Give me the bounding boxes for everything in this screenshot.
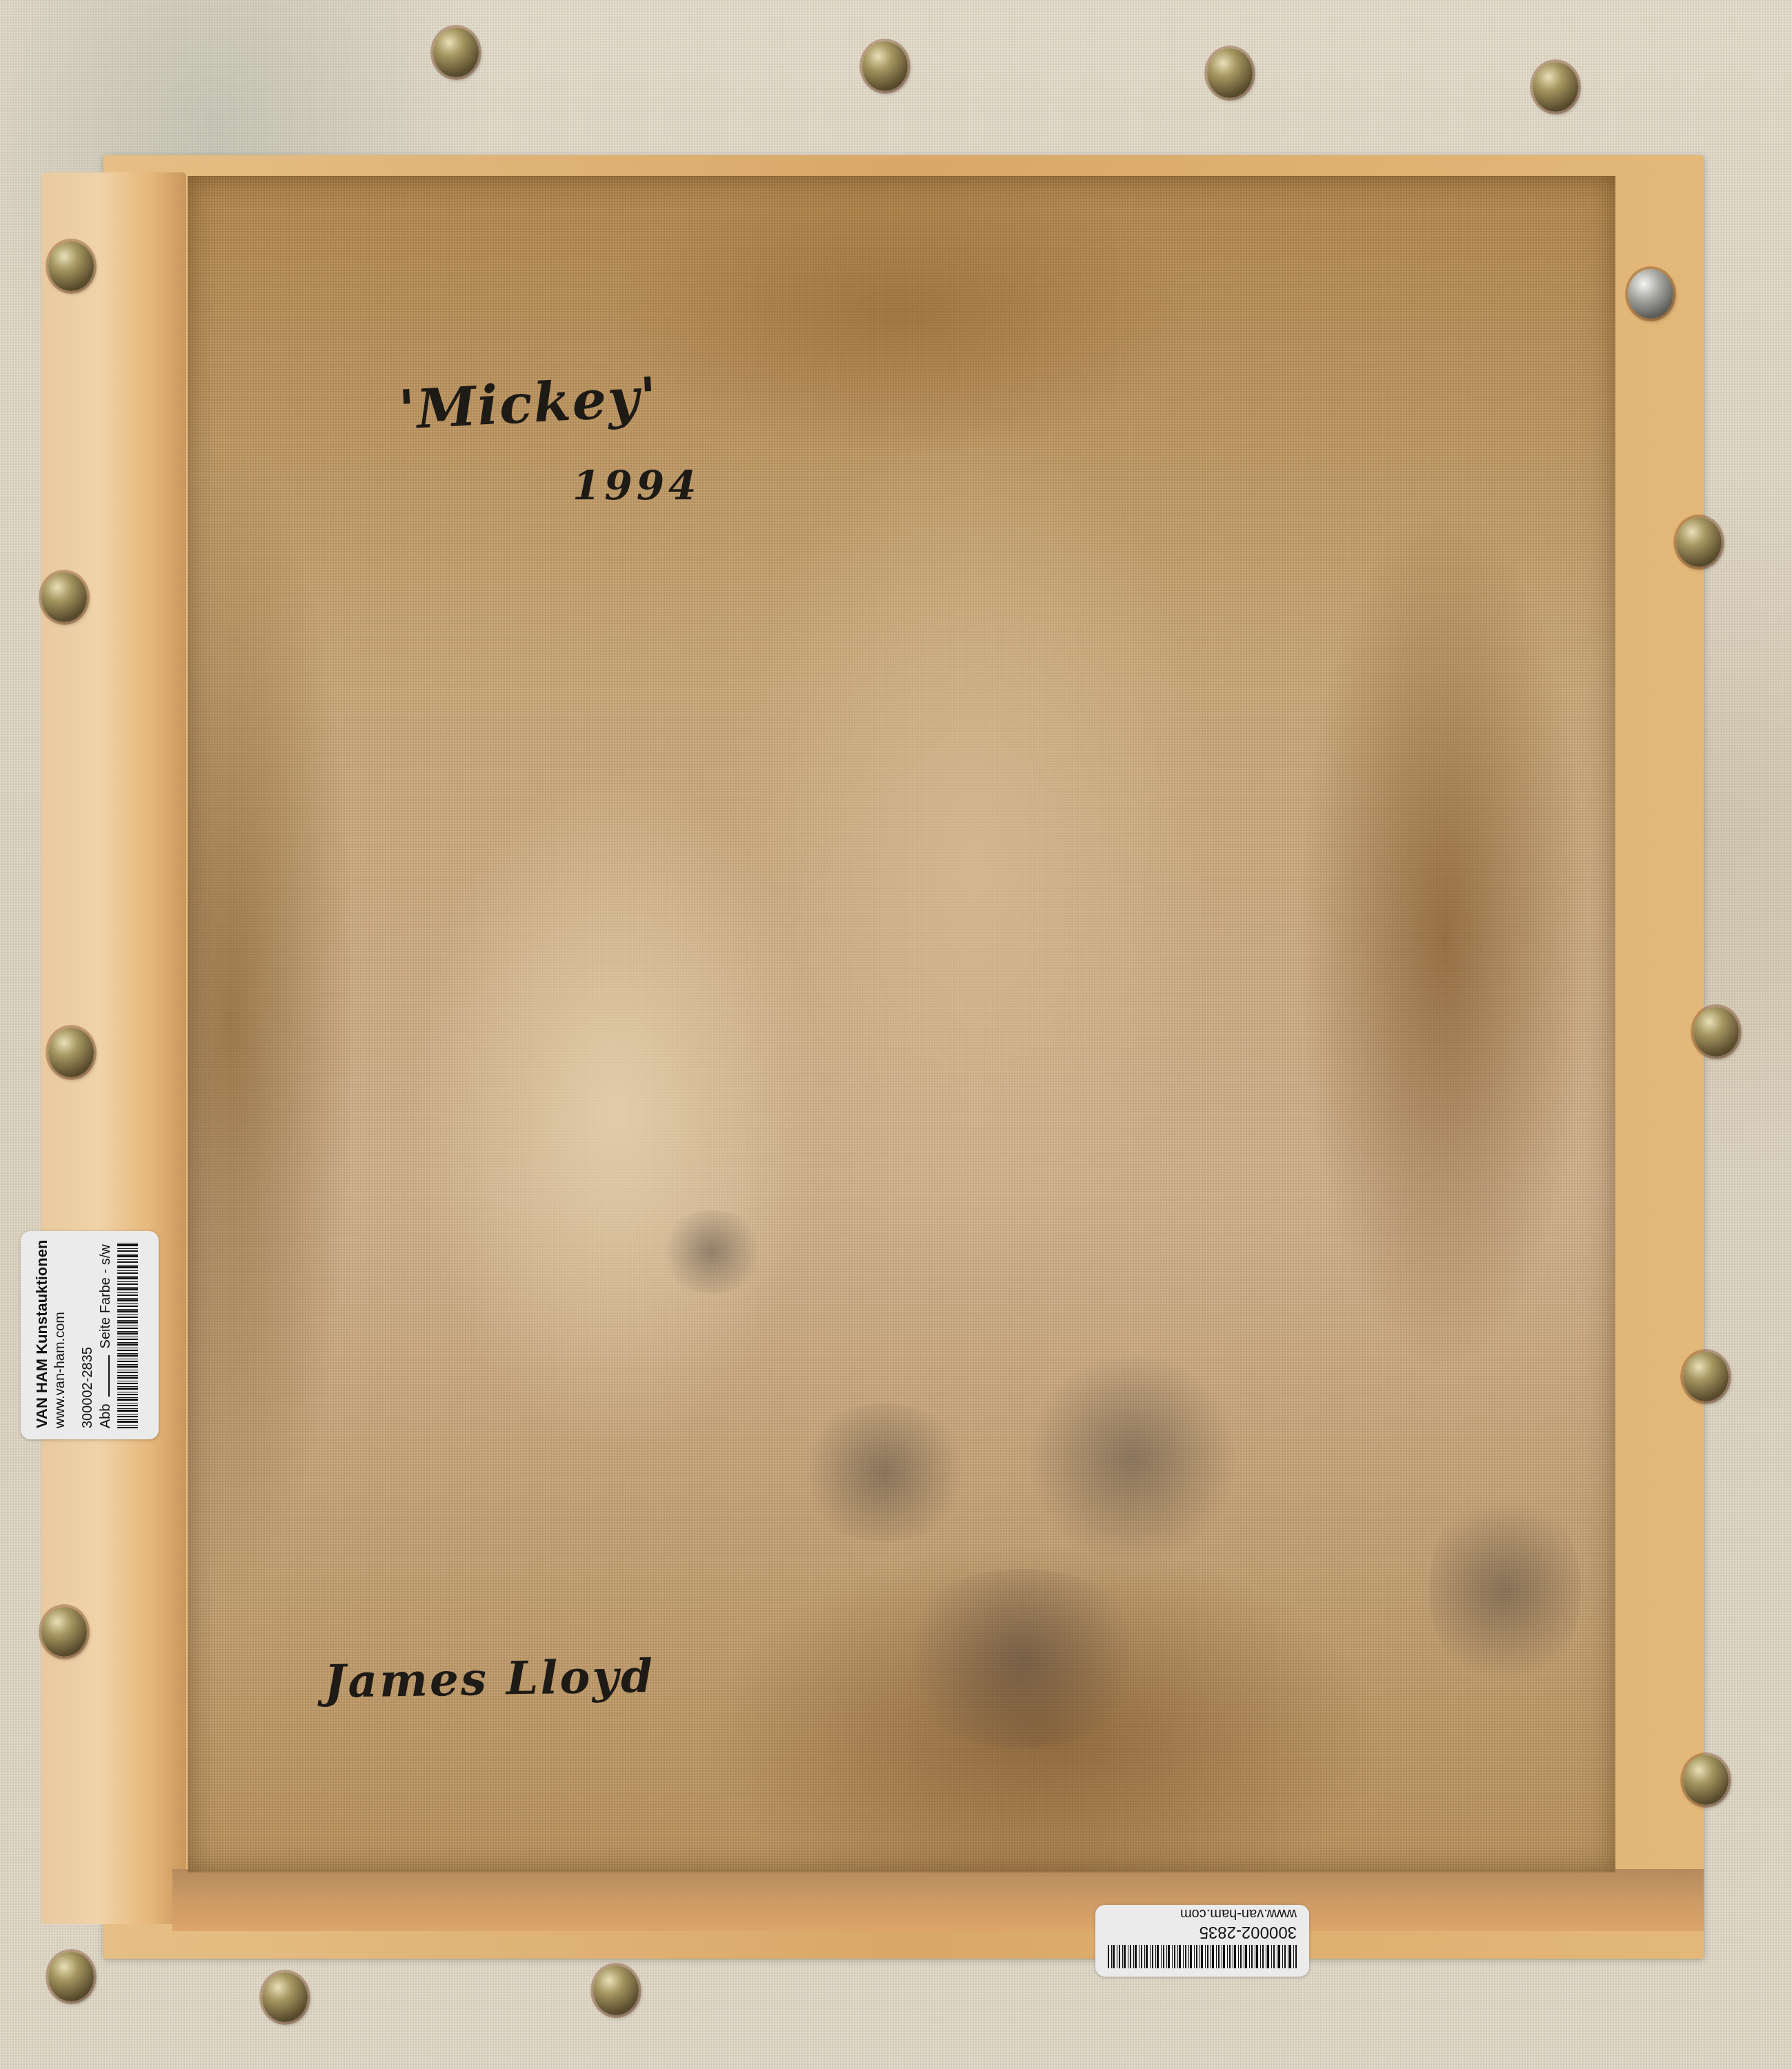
artist-signature: James Lloyd <box>323 1649 655 1708</box>
label-brand: VAN HAM Kunstauktionen <box>33 1242 51 1428</box>
mold-stain <box>795 1403 974 1541</box>
label-lot-number: 300002-2835 <box>1108 1923 1297 1941</box>
tack-icon <box>1533 62 1578 112</box>
tack-icon <box>262 1972 308 2022</box>
tack-icon <box>48 241 94 291</box>
tack-icon <box>1628 269 1673 319</box>
tack-icon <box>41 1607 87 1657</box>
tack-icon <box>48 1952 94 2001</box>
painting-verso-photo: 'Mickey' 1994 James Lloyd VAN HAM Kunsta… <box>0 0 1792 2069</box>
tack-icon <box>41 572 87 622</box>
label-page-color: Seite Farbe - s/w <box>97 1244 115 1348</box>
mold-stain <box>1029 1348 1236 1569</box>
tack-icon <box>433 28 479 77</box>
tack-icon <box>862 41 908 91</box>
tack-icon <box>1693 1007 1739 1057</box>
tack-icon <box>1676 517 1722 567</box>
label-abb-row: Abb Seite Farbe - s/w <box>97 1242 115 1428</box>
barcode-icon <box>117 1242 138 1428</box>
label-website: www.van-ham.com <box>51 1242 69 1428</box>
mold-stain <box>891 1569 1153 1748</box>
label-lot-number: 300002-2835 <box>79 1242 97 1428</box>
tack-icon <box>1683 1755 1729 1805</box>
stretcher-bar-bottom <box>172 1869 1704 1931</box>
handwritten-year: 1994 <box>573 462 700 509</box>
barcode-icon <box>1108 1945 1297 1968</box>
tack-icon <box>1683 1352 1729 1401</box>
label-abb: Abb <box>97 1403 115 1428</box>
mold-stain <box>1429 1486 1581 1693</box>
tack-icon <box>1207 48 1253 98</box>
auction-label-bottom: 300002-2835 www.van-ham.com <box>1095 1905 1309 1977</box>
tack-icon <box>48 1028 94 1077</box>
label-website: www.van-ham.com <box>1108 1905 1297 1923</box>
mold-stain <box>657 1210 767 1293</box>
auction-label-side: VAN HAM Kunstauktionen www.van-ham.com 3… <box>21 1231 159 1439</box>
label-blank-line <box>108 1355 110 1397</box>
tack-icon <box>593 1966 639 2015</box>
